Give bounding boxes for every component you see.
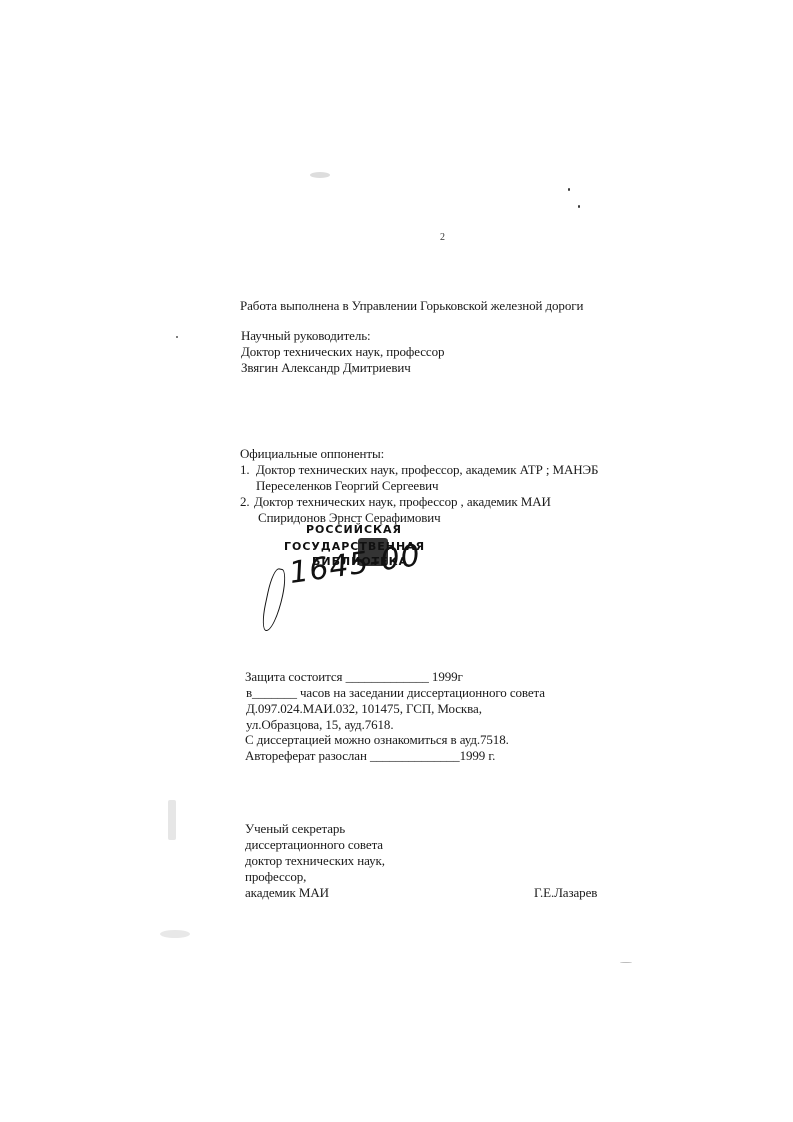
supervisor-name: Звягин Александр Дмитриевич bbox=[241, 360, 411, 376]
scan-speckle bbox=[168, 800, 176, 840]
abstract-sent-line: Автореферат разослан ______________1999 … bbox=[245, 748, 495, 764]
dissertation-access-line: С диссертацией можно ознакомиться в ауд.… bbox=[245, 732, 509, 748]
opponent-1-name: Переселенков Георгий Сергеевич bbox=[256, 478, 438, 494]
address-line: ул.Образцова, 15, ауд.7618. bbox=[246, 717, 393, 733]
scan-speckle bbox=[176, 336, 178, 338]
scan-speckle bbox=[160, 930, 190, 938]
opponent-1-num: 1. bbox=[240, 462, 250, 478]
page-number: 2 bbox=[440, 232, 445, 243]
defense-date-line: Защита состоится _____________ 1999г bbox=[245, 669, 463, 685]
scan-speckle bbox=[620, 962, 632, 963]
scan-speckle bbox=[578, 205, 580, 208]
secretary-degree: доктор технических наук, bbox=[245, 853, 385, 869]
secretary-rank: профессор, bbox=[245, 869, 306, 885]
secretary-title: Ученый секретарь bbox=[245, 821, 345, 837]
stamp-line-1: РОССИЙСКАЯ bbox=[306, 523, 402, 537]
opponent-2-title: Доктор технических наук, профессор , ака… bbox=[254, 494, 551, 510]
institution-line: Работа выполнена в Управлении Горьковско… bbox=[240, 298, 583, 314]
opponent-1-title: Доктор технических наук, профессор, акад… bbox=[256, 462, 598, 478]
scan-speckle bbox=[310, 172, 330, 178]
council-code-line: Д.097.024.МАИ.032, 101475, ГСП, Москва, bbox=[246, 701, 482, 717]
defense-time-line: в_______ часов на заседании диссертацион… bbox=[246, 685, 545, 701]
opponents-heading: Официальные оппоненты: bbox=[240, 446, 384, 462]
opponent-2-num: 2. bbox=[240, 494, 250, 510]
handwritten-hook bbox=[260, 567, 289, 633]
secretary-name: Г.Е.Лазарев bbox=[534, 885, 597, 901]
supervisor-degree: Доктор технических наук, профессор bbox=[241, 344, 444, 360]
secretary-council: диссертационного совета bbox=[245, 837, 383, 853]
secretary-academy: академик МАИ bbox=[245, 885, 329, 901]
scan-speckle bbox=[568, 188, 570, 191]
supervisor-heading: Научный руководитель: bbox=[241, 328, 371, 344]
